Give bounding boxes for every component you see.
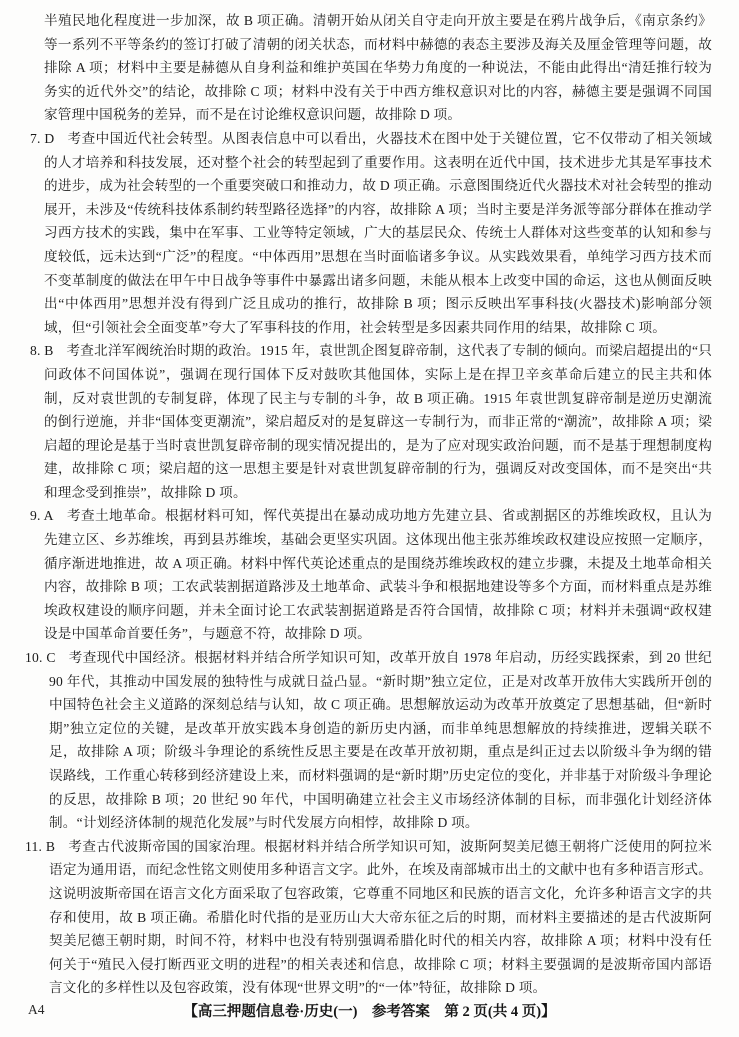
answer-item-7-label: 7. D: [30, 131, 54, 146]
answer-item-10-label: 10. C: [25, 650, 56, 665]
answer-item-11: 11. B考查古代波斯帝国的国家治理。根据材料并结合所学知识可知，波斯阿契美尼德…: [0, 835, 739, 1000]
answer-item-8: 8. B考查北洋军阀统治时期的政治。1915 年，袁世凯企图复辟帝制，这代表了专…: [0, 339, 739, 504]
answer-item-9: 9. A考查土地革命。根据材料可知，恽代英提出在暴动成功地方先建立县、省或割据区…: [0, 504, 739, 646]
answer-item-9-text: 考查土地革命。根据材料可知，恽代英提出在暴动成功地方先建立县、省或割据区的苏维埃…: [44, 508, 712, 641]
answer-continuation-paragraph: 半殖民地化程度进一步加深，故 B 项正确。清朝开始从闭关自守走向开放主要是在鸦片…: [0, 9, 739, 127]
answer-item-11-label: 11. B: [25, 839, 55, 854]
answer-item-8-text: 考查北洋军阀统治时期的政治。1915 年，袁世凯企图复辟帝制，这代表了专制的倾向…: [44, 343, 712, 500]
answer-item-9-label: 9. A: [30, 508, 54, 523]
answers-content: 半殖民地化程度进一步加深，故 B 项正确。清朝开始从闭关自守走向开放主要是在鸦片…: [0, 0, 739, 1000]
answer-item-7: 7. D考查中国近代社会转型。从图表信息中可以看出，火器技术在图中处于关键位置，…: [0, 127, 739, 339]
answer-item-7-text: 考查中国近代社会转型。从图表信息中可以看出，火器技术在图中处于关键位置，它不仅带…: [44, 131, 712, 335]
paper-size-label: A4: [28, 1002, 45, 1018]
answer-sheet-page: 半殖民地化程度进一步加深，故 B 项正确。清朝开始从闭关自守走向开放主要是在鸦片…: [0, 0, 739, 1037]
answer-item-10: 10. C考查现代中国经济。根据材料并结合所学知识可知，改革开放自 1978 年…: [0, 646, 739, 835]
footer-title: 【高三押题信息卷·历史(一) 参考答案 第 2 页(共 4 页)】: [0, 1000, 739, 1021]
page-footer: A4 【高三押题信息卷·历史(一) 参考答案 第 2 页(共 4 页)】: [0, 1000, 739, 1028]
answer-item-10-text: 考查现代中国经济。根据材料并结合所学知识可知，改革开放自 1978 年启动，历经…: [49, 650, 712, 830]
answer-item-8-label: 8. B: [30, 343, 53, 358]
answer-item-11-text: 考查古代波斯帝国的国家治理。根据材料并结合所学知识可知，波斯阿契美尼德王朝将广泛…: [49, 839, 712, 996]
